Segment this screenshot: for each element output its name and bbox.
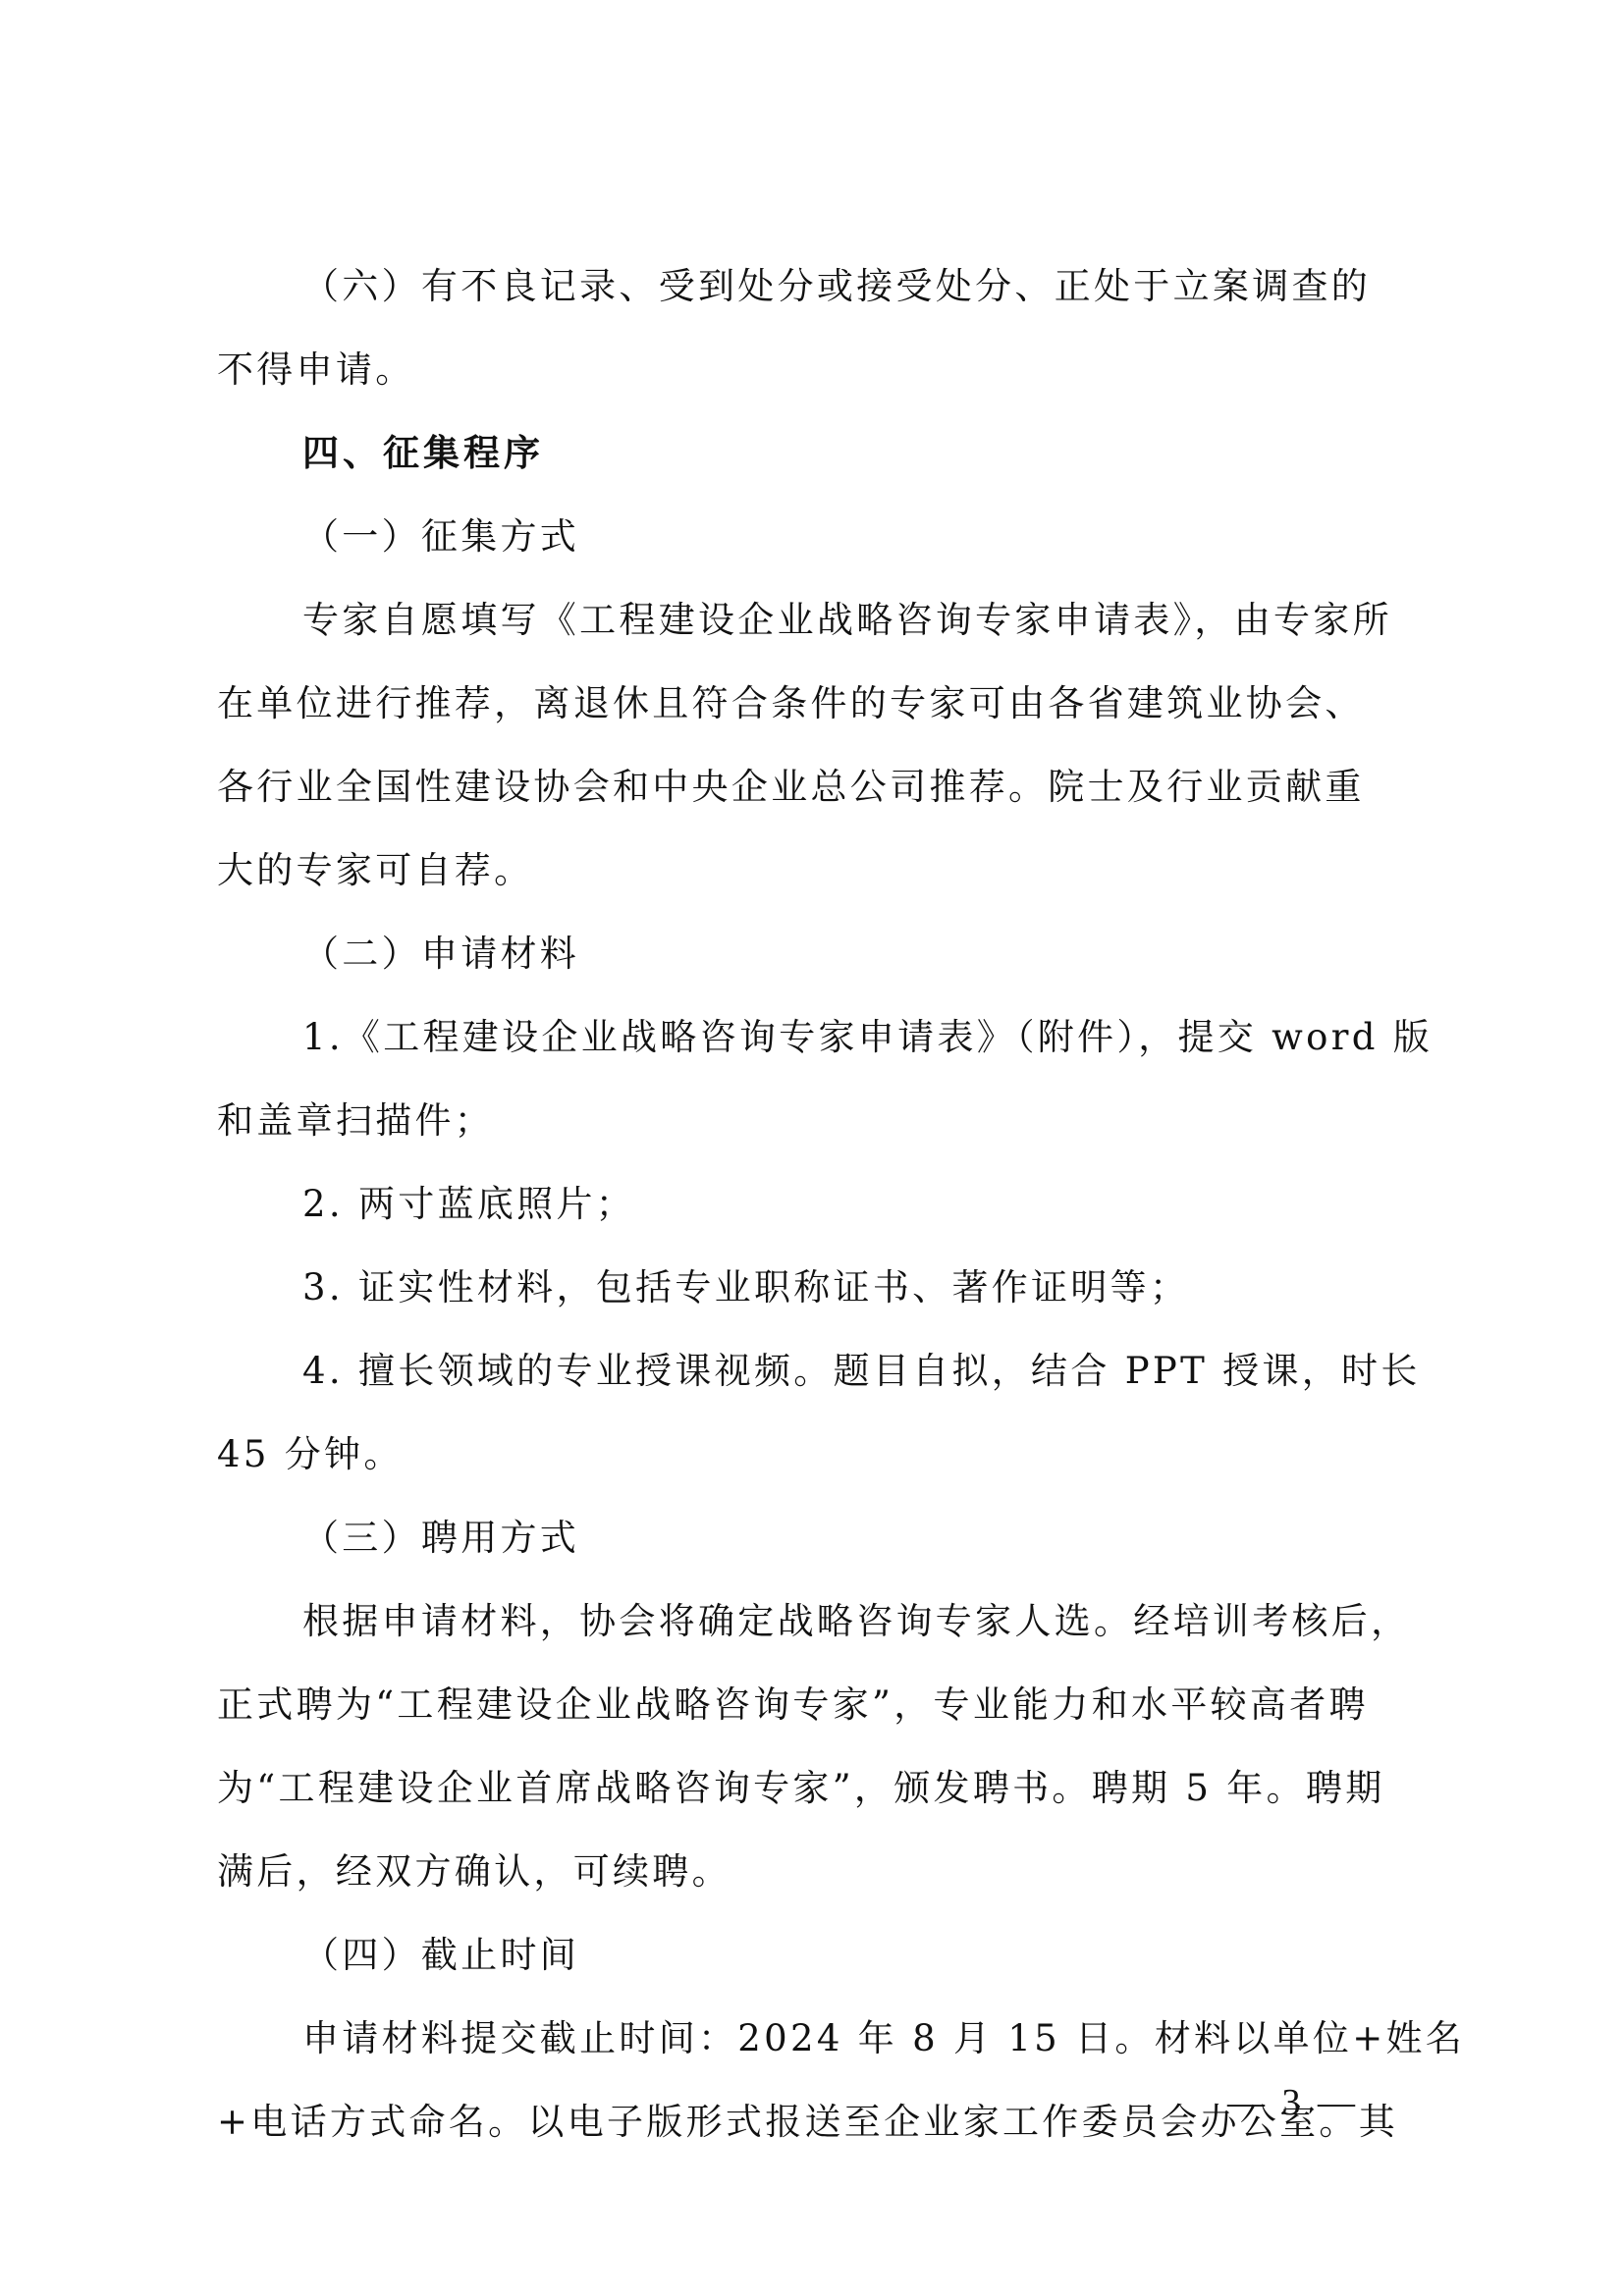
section-four-heading: 四、征集程序 <box>302 424 1502 483</box>
subsection-1-para-line: 各行业全国性建设协会和中央企业总公司推荐。院士及行业贡献重 <box>217 758 1417 817</box>
subsection-3-para-line: 根据申请材料，协会将确定战略咨询专家人选。经培训考核后， <box>302 1592 1502 1651</box>
material-item-4-line-2: 45 分钟。 <box>217 1425 1417 1484</box>
document-page: （六）有不良记录、受到处分或接受处分、正处于立案调查的 不得申请。 四、征集程序… <box>0 0 1624 2296</box>
subsection-1-para-line: 大的专家可自荐。 <box>217 841 1417 900</box>
subsection-1-heading: （一）征集方式 <box>302 507 1502 566</box>
subsection-4-para-line: 申请材料提交截止时间：2024 年 8 月 15 日。材料以单位+姓名 <box>302 2009 1502 2068</box>
section-six-line-1: （六）有不良记录、受到处分或接受处分、正处于立案调查的 <box>302 257 1502 316</box>
material-item-4-line-1: 4. 擅长领域的专业授课视频。题目自拟，结合 PPT 授课，时长 <box>302 1342 1502 1401</box>
subsection-1-para-line: 在单位进行推荐，离退休且符合条件的专家可由各省建筑业协会、 <box>217 674 1417 733</box>
subsection-3-para-line: 正式聘为“工程建设企业战略咨询专家”，专业能力和水平较高者聘 <box>217 1676 1417 1735</box>
section-six-line-2: 不得申请。 <box>217 341 1417 400</box>
page-number: — 3 — <box>1227 2073 1359 2132</box>
subsection-3-para-line: 满后，经双方确认，可续聘。 <box>217 1842 1417 1901</box>
subsection-4-heading: （四）截止时间 <box>302 1926 1502 1985</box>
material-item-1-line-1: 1.《工程建设企业战略咨询专家申请表》（附件），提交 word 版 <box>302 1008 1502 1067</box>
subsection-2-heading: （二）申请材料 <box>302 925 1502 984</box>
subsection-3-heading: （三）聘用方式 <box>302 1509 1502 1568</box>
material-item-3: 3. 证实性材料，包括专业职称证书、著作证明等； <box>302 1258 1502 1317</box>
subsection-1-para-line: 专家自愿填写《工程建设企业战略咨询专家申请表》，由专家所 <box>302 591 1502 650</box>
material-item-1-line-2: 和盖章扫描件； <box>217 1092 1417 1150</box>
material-item-2: 2. 两寸蓝底照片； <box>302 1175 1502 1234</box>
subsection-3-para-line: 为“工程建设企业首席战略咨询专家”，颁发聘书。聘期 5 年。聘期 <box>217 1759 1417 1818</box>
